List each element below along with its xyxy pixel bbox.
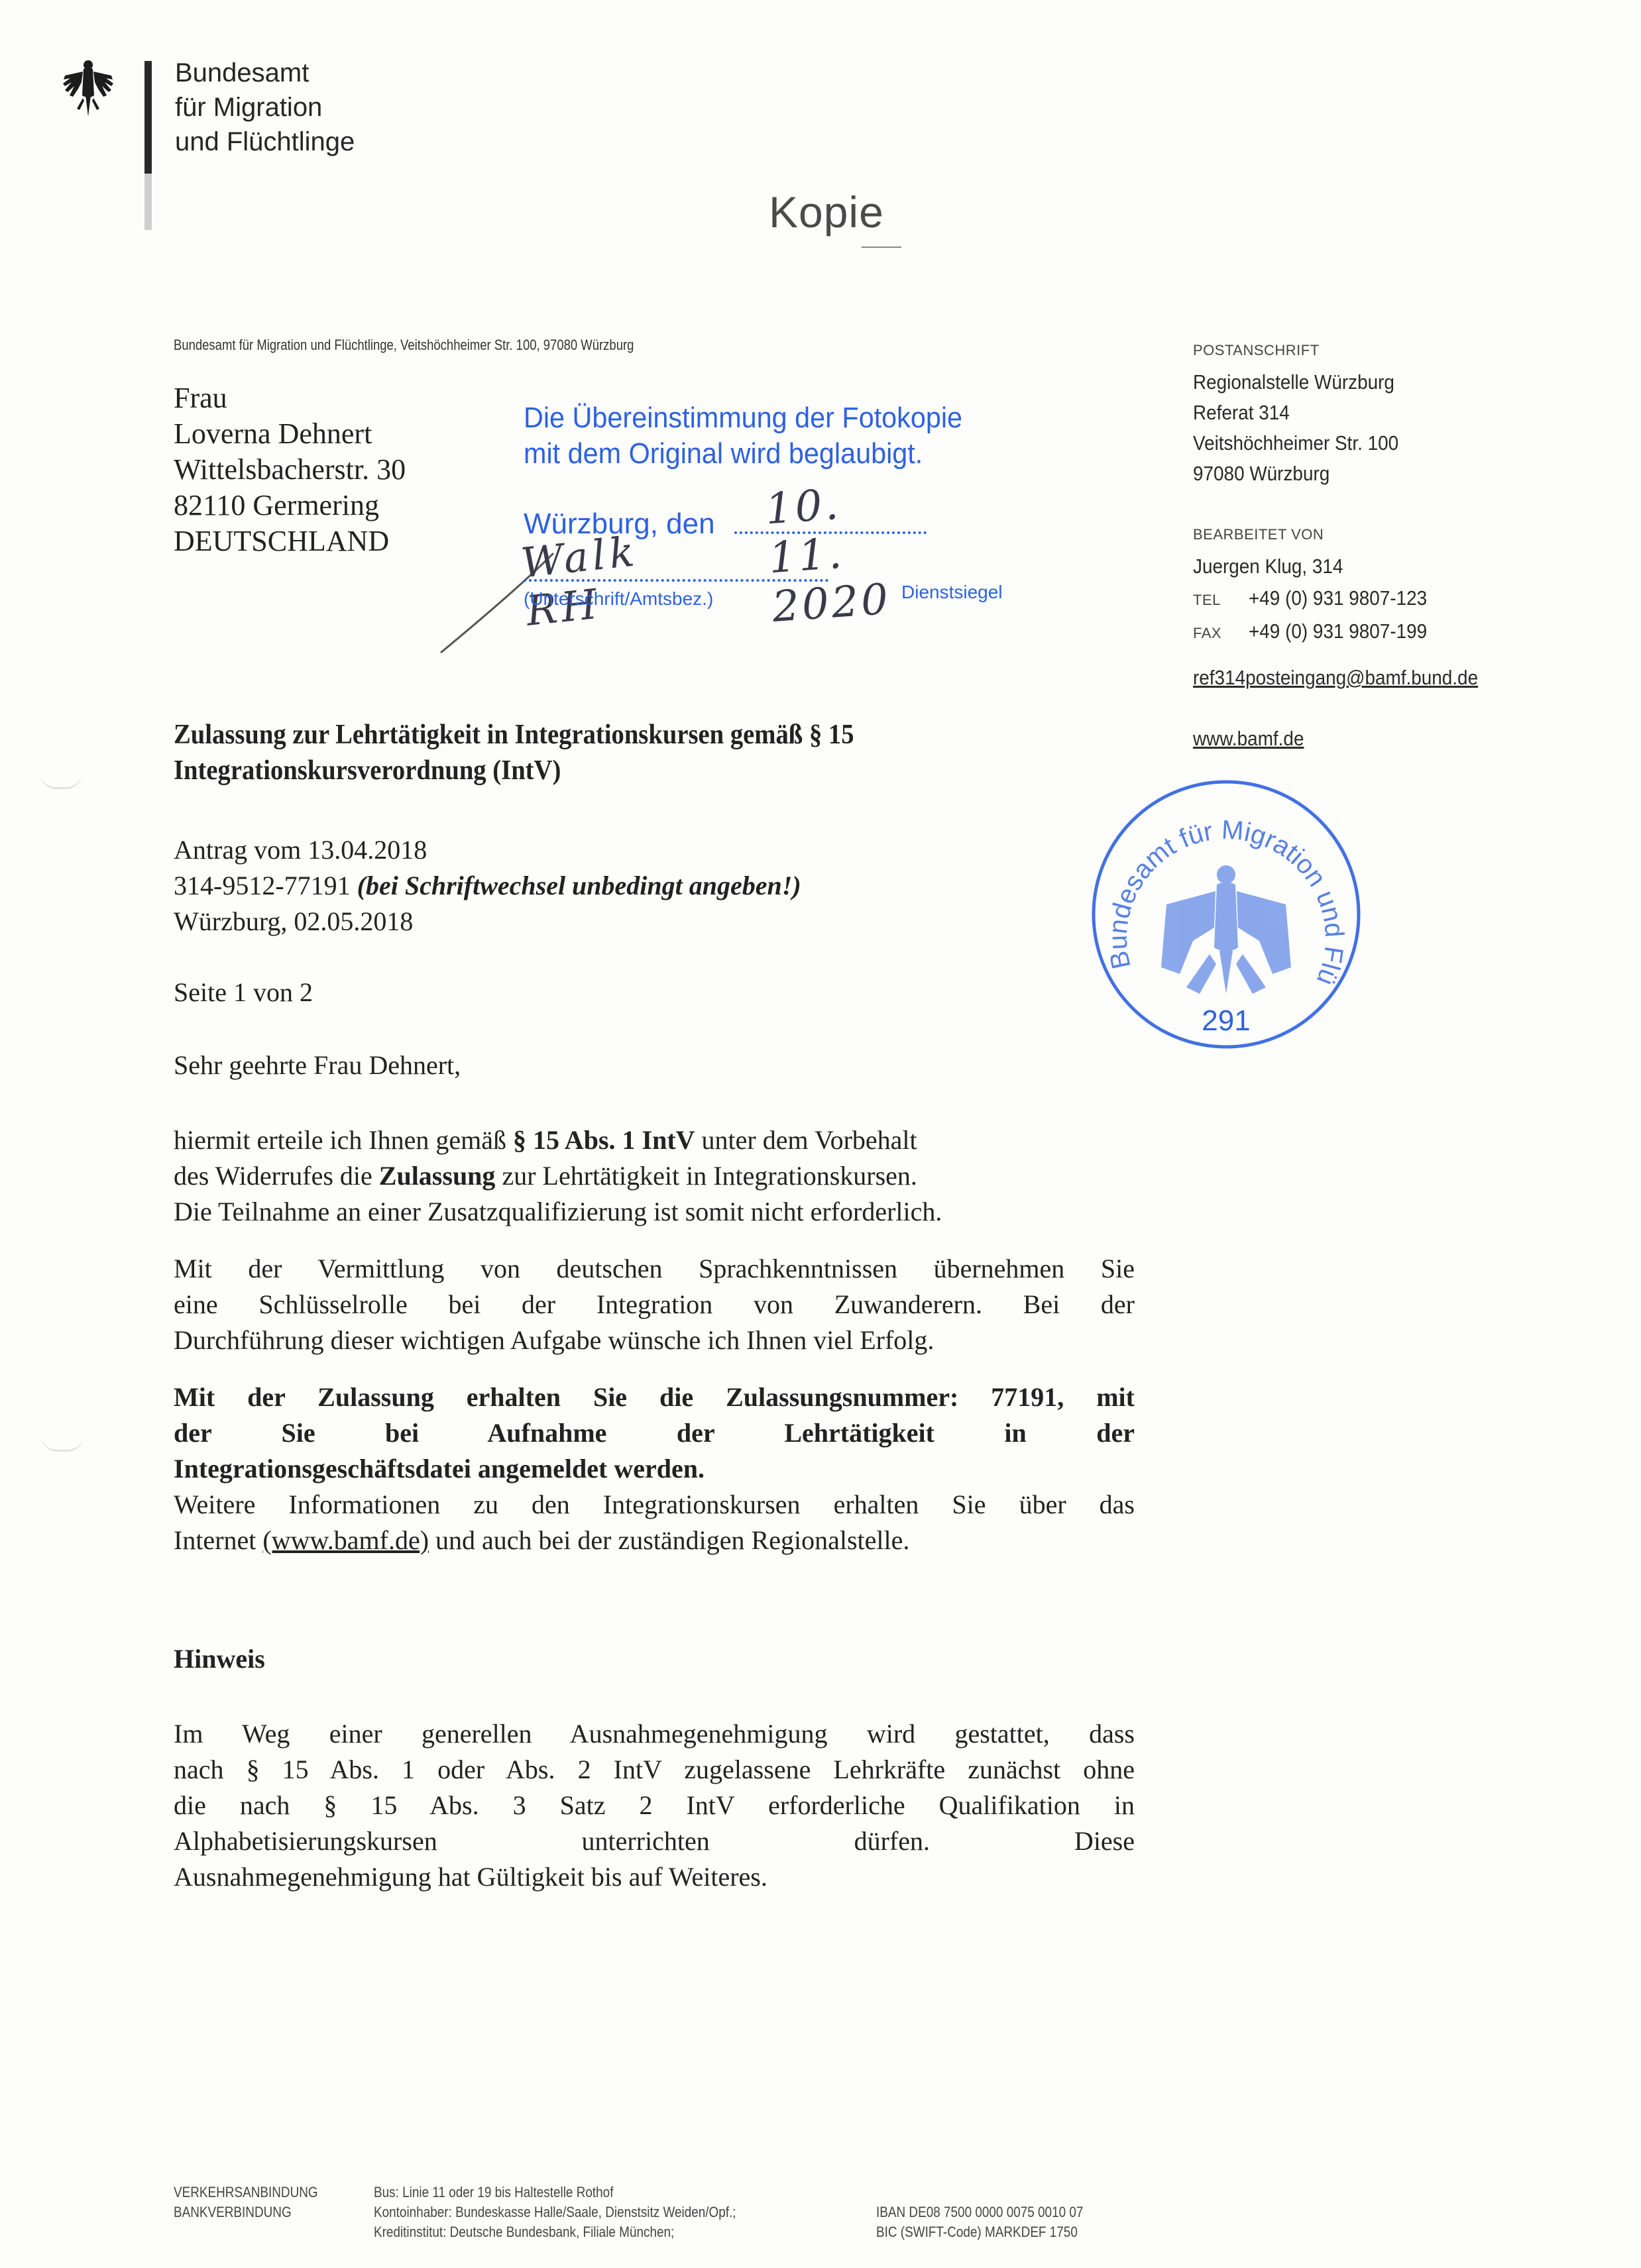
- subject-heading: Zulassung zur Lehrtätigkeit in Integrati…: [174, 717, 913, 788]
- tel-label: TEL: [1193, 592, 1249, 609]
- org-line: und Flüchtlinge: [175, 125, 355, 159]
- subject-line: Zulassung zur Lehrtätigkeit in Integrati…: [174, 717, 854, 753]
- text: Die Teilnahme an einer Zusatzqualifizier…: [174, 1194, 1135, 1230]
- text-line: Mit der Zulassung erhalten Sie die Zulas…: [174, 1379, 1135, 1415]
- fax-value: +49 (0) 931 9807-199: [1249, 616, 1427, 647]
- text-line: eine Schlüsselrolle bei der Integration …: [174, 1287, 1135, 1323]
- recipient-line: 82110 Germering: [174, 488, 406, 523]
- text: zur Lehrtätigkeit in Integrationskursen.: [495, 1161, 917, 1191]
- bank-name: Kreditinstitut: Deutsche Bundesbank, Fil…: [374, 2224, 674, 2241]
- salutation: Sehr geehrte Frau Dehnert,: [174, 1050, 461, 1081]
- text: des Widerrufes die: [174, 1161, 379, 1191]
- logo-divider-bar: [144, 61, 152, 174]
- bic: BIC (SWIFT-Code) MARKDEF 1750: [876, 2224, 1078, 2241]
- place-date: Würzburg, 02.05.2018: [174, 904, 801, 940]
- processed-by-label: BEARBEITET VON: [1193, 526, 1324, 543]
- svg-text:Bundesamt für Migration und Fl: Bundesamt für Migration und Flüchtlinge: [1087, 775, 1349, 989]
- certification-line-1: Die Übereinstimmung der Fotokopie: [524, 402, 962, 435]
- file-number: 314-9512-77191: [174, 871, 351, 900]
- website-link[interactable]: www.bamf.de: [1193, 724, 1304, 754]
- sender-return-address: Bundesamt für Migration und Flüchtlinge,…: [174, 337, 634, 354]
- logo-divider-bar-light: [144, 174, 152, 230]
- postal-label: POSTANSCHRIFT: [1193, 342, 1320, 359]
- page-number: Seite 1 von 2: [174, 977, 313, 1008]
- tel-value[interactable]: +49 (0) 931 9807-123: [1249, 583, 1427, 614]
- fax-label: FAX: [1193, 625, 1249, 642]
- certification-line-2: mit dem Original wird beglaubigt.: [524, 437, 923, 470]
- application-date: Antrag vom 13.04.2018: [174, 832, 801, 868]
- signature-label: (Unterschrift/Amtsbez.): [524, 588, 713, 610]
- file-number-row: 314-9512-77191 (bei Schriftwechsel unbed…: [174, 868, 801, 904]
- reference-block: Antrag vom 13.04.2018 314-9512-77191 (be…: [174, 832, 801, 940]
- seal-number: 291: [1202, 1004, 1250, 1037]
- recipient-line: Frau: [174, 380, 406, 416]
- postal-line: Referat 314: [1193, 398, 1290, 428]
- iban: IBAN DE08 7500 0000 0075 0010 07: [876, 2204, 1083, 2221]
- text-line: Alphabetisierungskursen unterrichten dür…: [174, 1823, 1135, 1859]
- recipient-line: Loverna Dehnert: [174, 416, 406, 452]
- handwritten-date: 10. 11. 2020: [764, 477, 892, 632]
- text-line: die nach § 15 Abs. 3 Satz 2 IntV erforde…: [174, 1788, 1135, 1823]
- punch-hole-mark: [40, 773, 82, 789]
- bank-label: BANKVERBINDUNG: [174, 2204, 292, 2221]
- file-number-note: (bei Schriftwechsel unbedingt angeben!): [357, 871, 801, 900]
- seal-ring-text: Bundesamt für Migration und Flüchtlinge: [1087, 775, 1349, 989]
- text-line: nach § 15 Abs. 1 oder Abs. 2 IntV zugela…: [174, 1752, 1135, 1788]
- federal-eagle-icon: [61, 56, 115, 122]
- postal-line: Veitshöchheimer Str. 100: [1193, 428, 1398, 459]
- official-seal: Bundesamt für Migration und Flüchtlinge …: [1087, 775, 1365, 1053]
- text-line: Ausnahmegenehmigung hat Gültigkeit bis a…: [174, 1859, 1135, 1895]
- fax-row: FAX +49 (0) 931 9807-199: [1193, 616, 1447, 647]
- paragraph-info: Weitere Informationen zu den Integration…: [174, 1487, 1135, 1558]
- organization-name: Bundesamt für Migration und Flüchtlinge: [175, 56, 355, 159]
- org-line: für Migration: [175, 90, 355, 125]
- postal-line: Regionalstelle Würzburg: [1193, 367, 1394, 398]
- copy-stamp: Kopie: [769, 187, 884, 237]
- approval-term: Zulassung: [379, 1161, 496, 1191]
- transport-label: VERKEHRSANBINDUNG: [174, 2184, 318, 2201]
- processed-by: Juergen Klug, 314: [1193, 551, 1343, 582]
- transport-info: Bus: Linie 11 oder 19 bis Haltestelle Ro…: [374, 2184, 613, 2201]
- tel-row: TEL +49 (0) 931 9807-123: [1193, 583, 1447, 614]
- seal-label: Dienstsiegel: [901, 582, 1003, 603]
- org-line: Bundesamt: [175, 56, 355, 90]
- text-line: Weitere Informationen zu den Integration…: [174, 1487, 1135, 1523]
- signature-dotted-line: [524, 579, 828, 582]
- legal-reference: § 15 Abs. 1 IntV: [513, 1125, 695, 1155]
- notice-heading: Hinweis: [174, 1643, 265, 1674]
- text: unter dem Vorbehalt: [695, 1125, 917, 1155]
- subject-line: Integrationskursverordnung (IntV): [174, 753, 854, 788]
- email-link[interactable]: ref314posteingang@bamf.bund.de: [1193, 663, 1478, 693]
- recipient-address: Frau Loverna Dehnert Wittelsbacherstr. 3…: [174, 380, 406, 559]
- paragraph-approval-number: Mit der Zulassung erhalten Sie die Zulas…: [174, 1379, 1135, 1487]
- paragraph-approval: hiermit erteile ich Ihnen gemäß § 15 Abs…: [174, 1122, 1135, 1230]
- bamf-website-link[interactable]: (www.bamf.de): [262, 1525, 429, 1555]
- text: Internet: [174, 1525, 262, 1555]
- text-line: Integrationsgeschäftsdatei angemeldet we…: [174, 1451, 1135, 1487]
- recipient-line: DEUTSCHLAND: [174, 523, 406, 559]
- text-line: Mit der Vermittlung von deutschen Sprach…: [174, 1251, 1135, 1287]
- copy-stamp-underline: [862, 246, 901, 248]
- text: hiermit erteile ich Ihnen gemäß: [174, 1125, 513, 1155]
- text-line: Durchführung dieser wichtigen Aufgabe wü…: [174, 1323, 1135, 1358]
- text-line: der Sie bei Aufnahme der Lehrtätigkeit i…: [174, 1415, 1135, 1451]
- paragraph-notice: Im Weg einer generellen Ausnahmegenehmig…: [174, 1716, 1135, 1895]
- account-holder: Kontoinhaber: Bundeskasse Halle/Saale, D…: [374, 2204, 736, 2221]
- text: und auch bei der zuständigen Regionalste…: [429, 1525, 909, 1555]
- federal-eagle-seal-icon: [1161, 865, 1291, 994]
- paragraph-role: Mit der Vermittlung von deutschen Sprach…: [174, 1251, 1135, 1358]
- postal-line: 97080 Würzburg: [1193, 459, 1330, 489]
- text-line: Im Weg einer generellen Ausnahmegenehmig…: [174, 1716, 1135, 1752]
- recipient-line: Wittelsbacherstr. 30: [174, 452, 406, 488]
- punch-hole-mark: [41, 1435, 84, 1452]
